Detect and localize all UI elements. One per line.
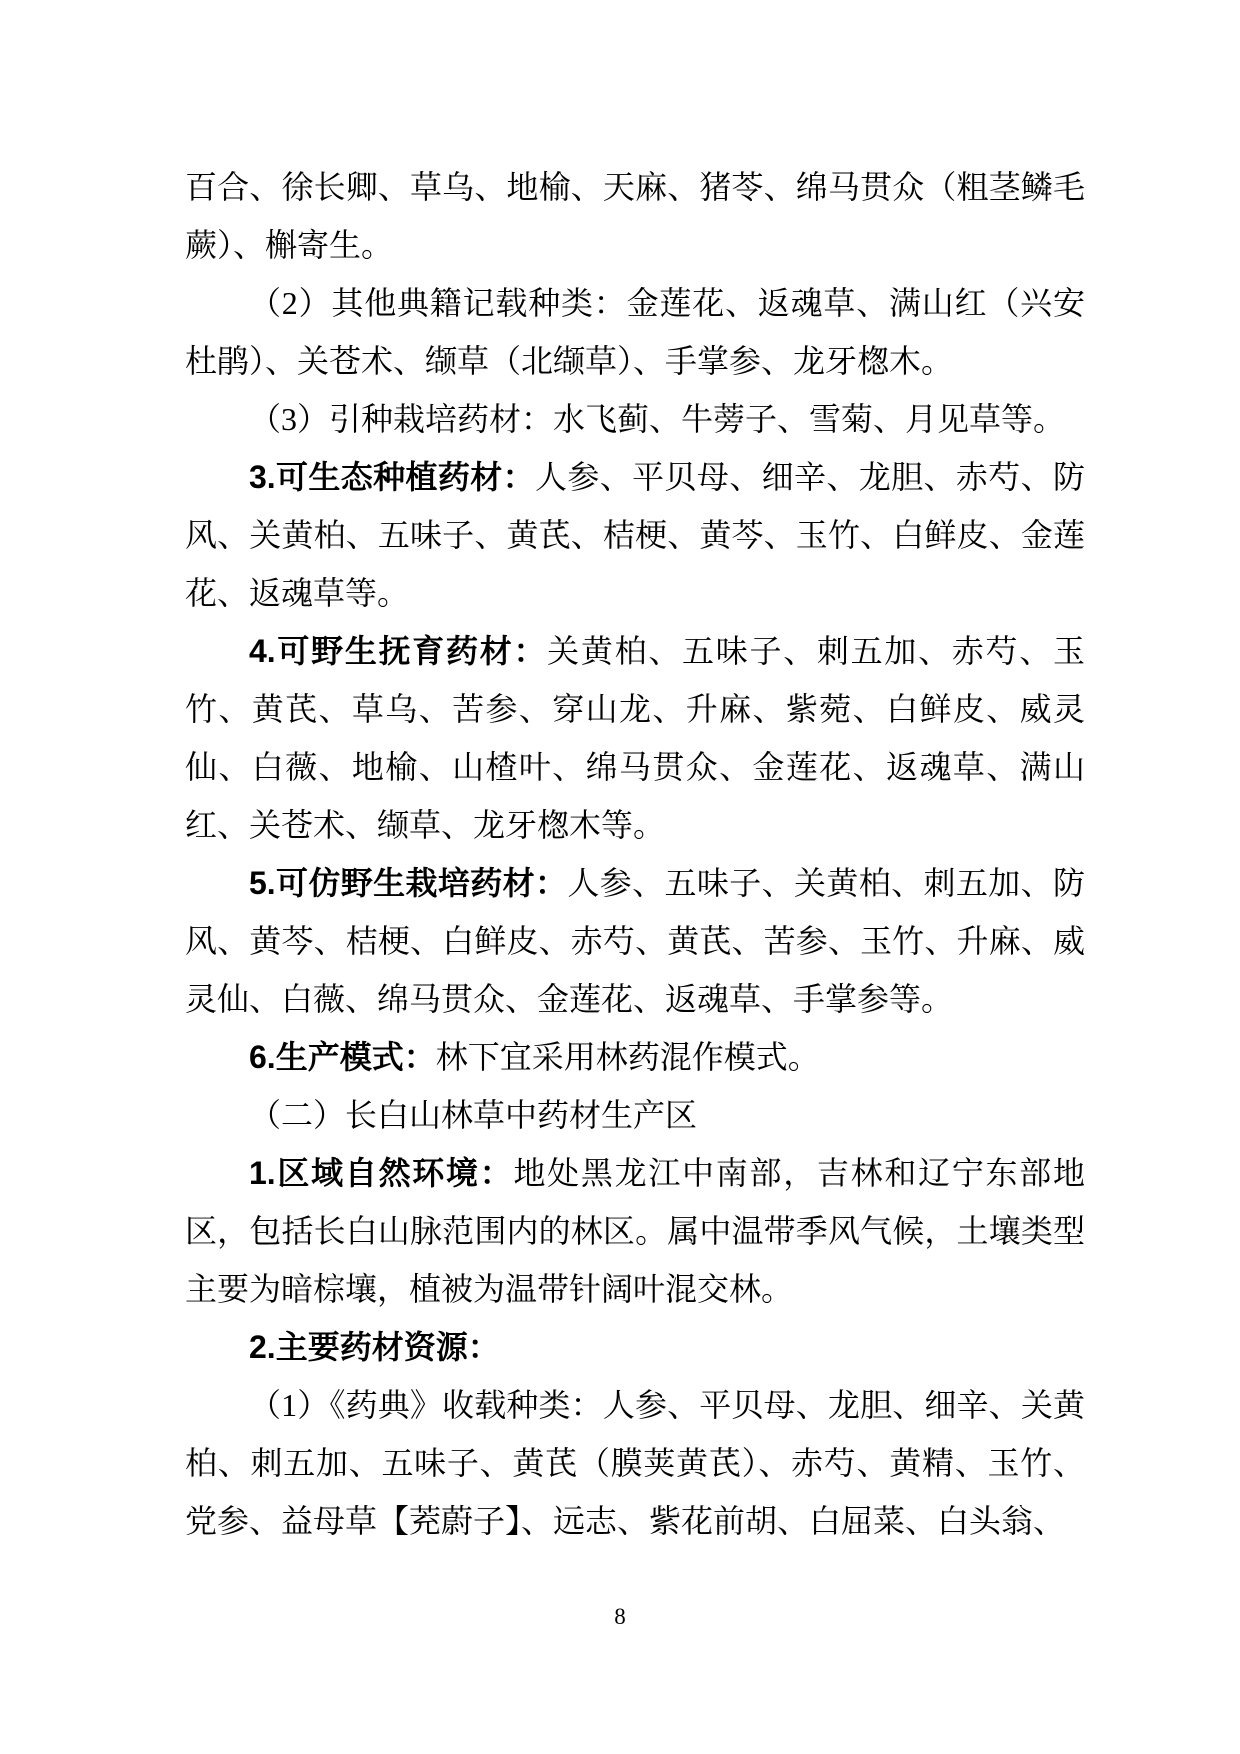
paragraph-head: 3.可生态种植药材： [249, 459, 535, 495]
paragraph: （2）其他典籍记载种类：金莲花、返魂草、满山红（兴安杜鹃）、关苍术、缬草（北缬草… [185, 274, 1085, 390]
paragraph-text: 林下宜采用林药混作模式。 [436, 1039, 820, 1075]
paragraph-text: （1）《药典》收载种类：人参、平贝母、龙胆、细辛、关黄柏、刺五加、五味子、黄芪（… [185, 1387, 1085, 1539]
paragraph-head: 6.生产模式： [249, 1039, 436, 1075]
paragraph: （二）长白山林草中药材生产区 [185, 1086, 1085, 1144]
page-number: 8 [614, 1604, 626, 1629]
paragraph: 百合、徐长卿、草乌、地榆、天麻、猪苓、绵马贯众（粗茎鳞毛蕨）、槲寄生。 [185, 158, 1085, 274]
paragraph-text: 百合、徐长卿、草乌、地榆、天麻、猪苓、绵马贯众（粗茎鳞毛蕨）、槲寄生。 [185, 169, 1085, 263]
paragraph-head: 2.主要药材资源： [249, 1329, 500, 1365]
paragraph: 5.可仿野生栽培药材：人参、五味子、关黄柏、刺五加、防风、黄芩、桔梗、白鲜皮、赤… [185, 854, 1085, 1028]
paragraph-text: （3）引种栽培药材：水飞蓟、牛蒡子、雪菊、月见草等。 [249, 401, 1065, 437]
paragraph: 2.主要药材资源： [185, 1318, 1085, 1376]
paragraph-text: （二）长白山林草中药材生产区 [249, 1097, 697, 1133]
paragraph-head: 5.可仿野生栽培药材： [249, 865, 567, 901]
paragraph: （3）引种栽培药材：水飞蓟、牛蒡子、雪菊、月见草等。 [185, 390, 1085, 448]
page-footer: 8 [0, 1603, 1240, 1631]
paragraph-head: 1.区域自然环境： [249, 1155, 513, 1191]
paragraph: 6.生产模式：林下宜采用林药混作模式。 [185, 1028, 1085, 1086]
paragraph: （1）《药典》收载种类：人参、平贝母、龙胆、细辛、关黄柏、刺五加、五味子、黄芪（… [185, 1376, 1085, 1550]
paragraph: 4.可野生抚育药材：关黄柏、五味子、刺五加、赤芍、玉竹、黄芪、草乌、苦参、穿山龙… [185, 622, 1085, 854]
paragraph-head: 4.可野生抚育药材： [249, 633, 547, 669]
paragraph: 1.区域自然环境：地处黑龙江中南部，吉林和辽宁东部地区，包括长白山脉范围内的林区… [185, 1144, 1085, 1318]
paragraph: 3.可生态种植药材：人参、平贝母、细辛、龙胆、赤芍、防风、关黄柏、五味子、黄芪、… [185, 448, 1085, 622]
document-page: 百合、徐长卿、草乌、地榆、天麻、猪苓、绵马贯众（粗茎鳞毛蕨）、槲寄生。 （2）其… [0, 0, 1240, 1754]
paragraph-text: （2）其他典籍记载种类：金莲花、返魂草、满山红（兴安杜鹃）、关苍术、缬草（北缬草… [185, 285, 1085, 379]
document-body: 百合、徐长卿、草乌、地榆、天麻、猪苓、绵马贯众（粗茎鳞毛蕨）、槲寄生。 （2）其… [185, 158, 1085, 1550]
